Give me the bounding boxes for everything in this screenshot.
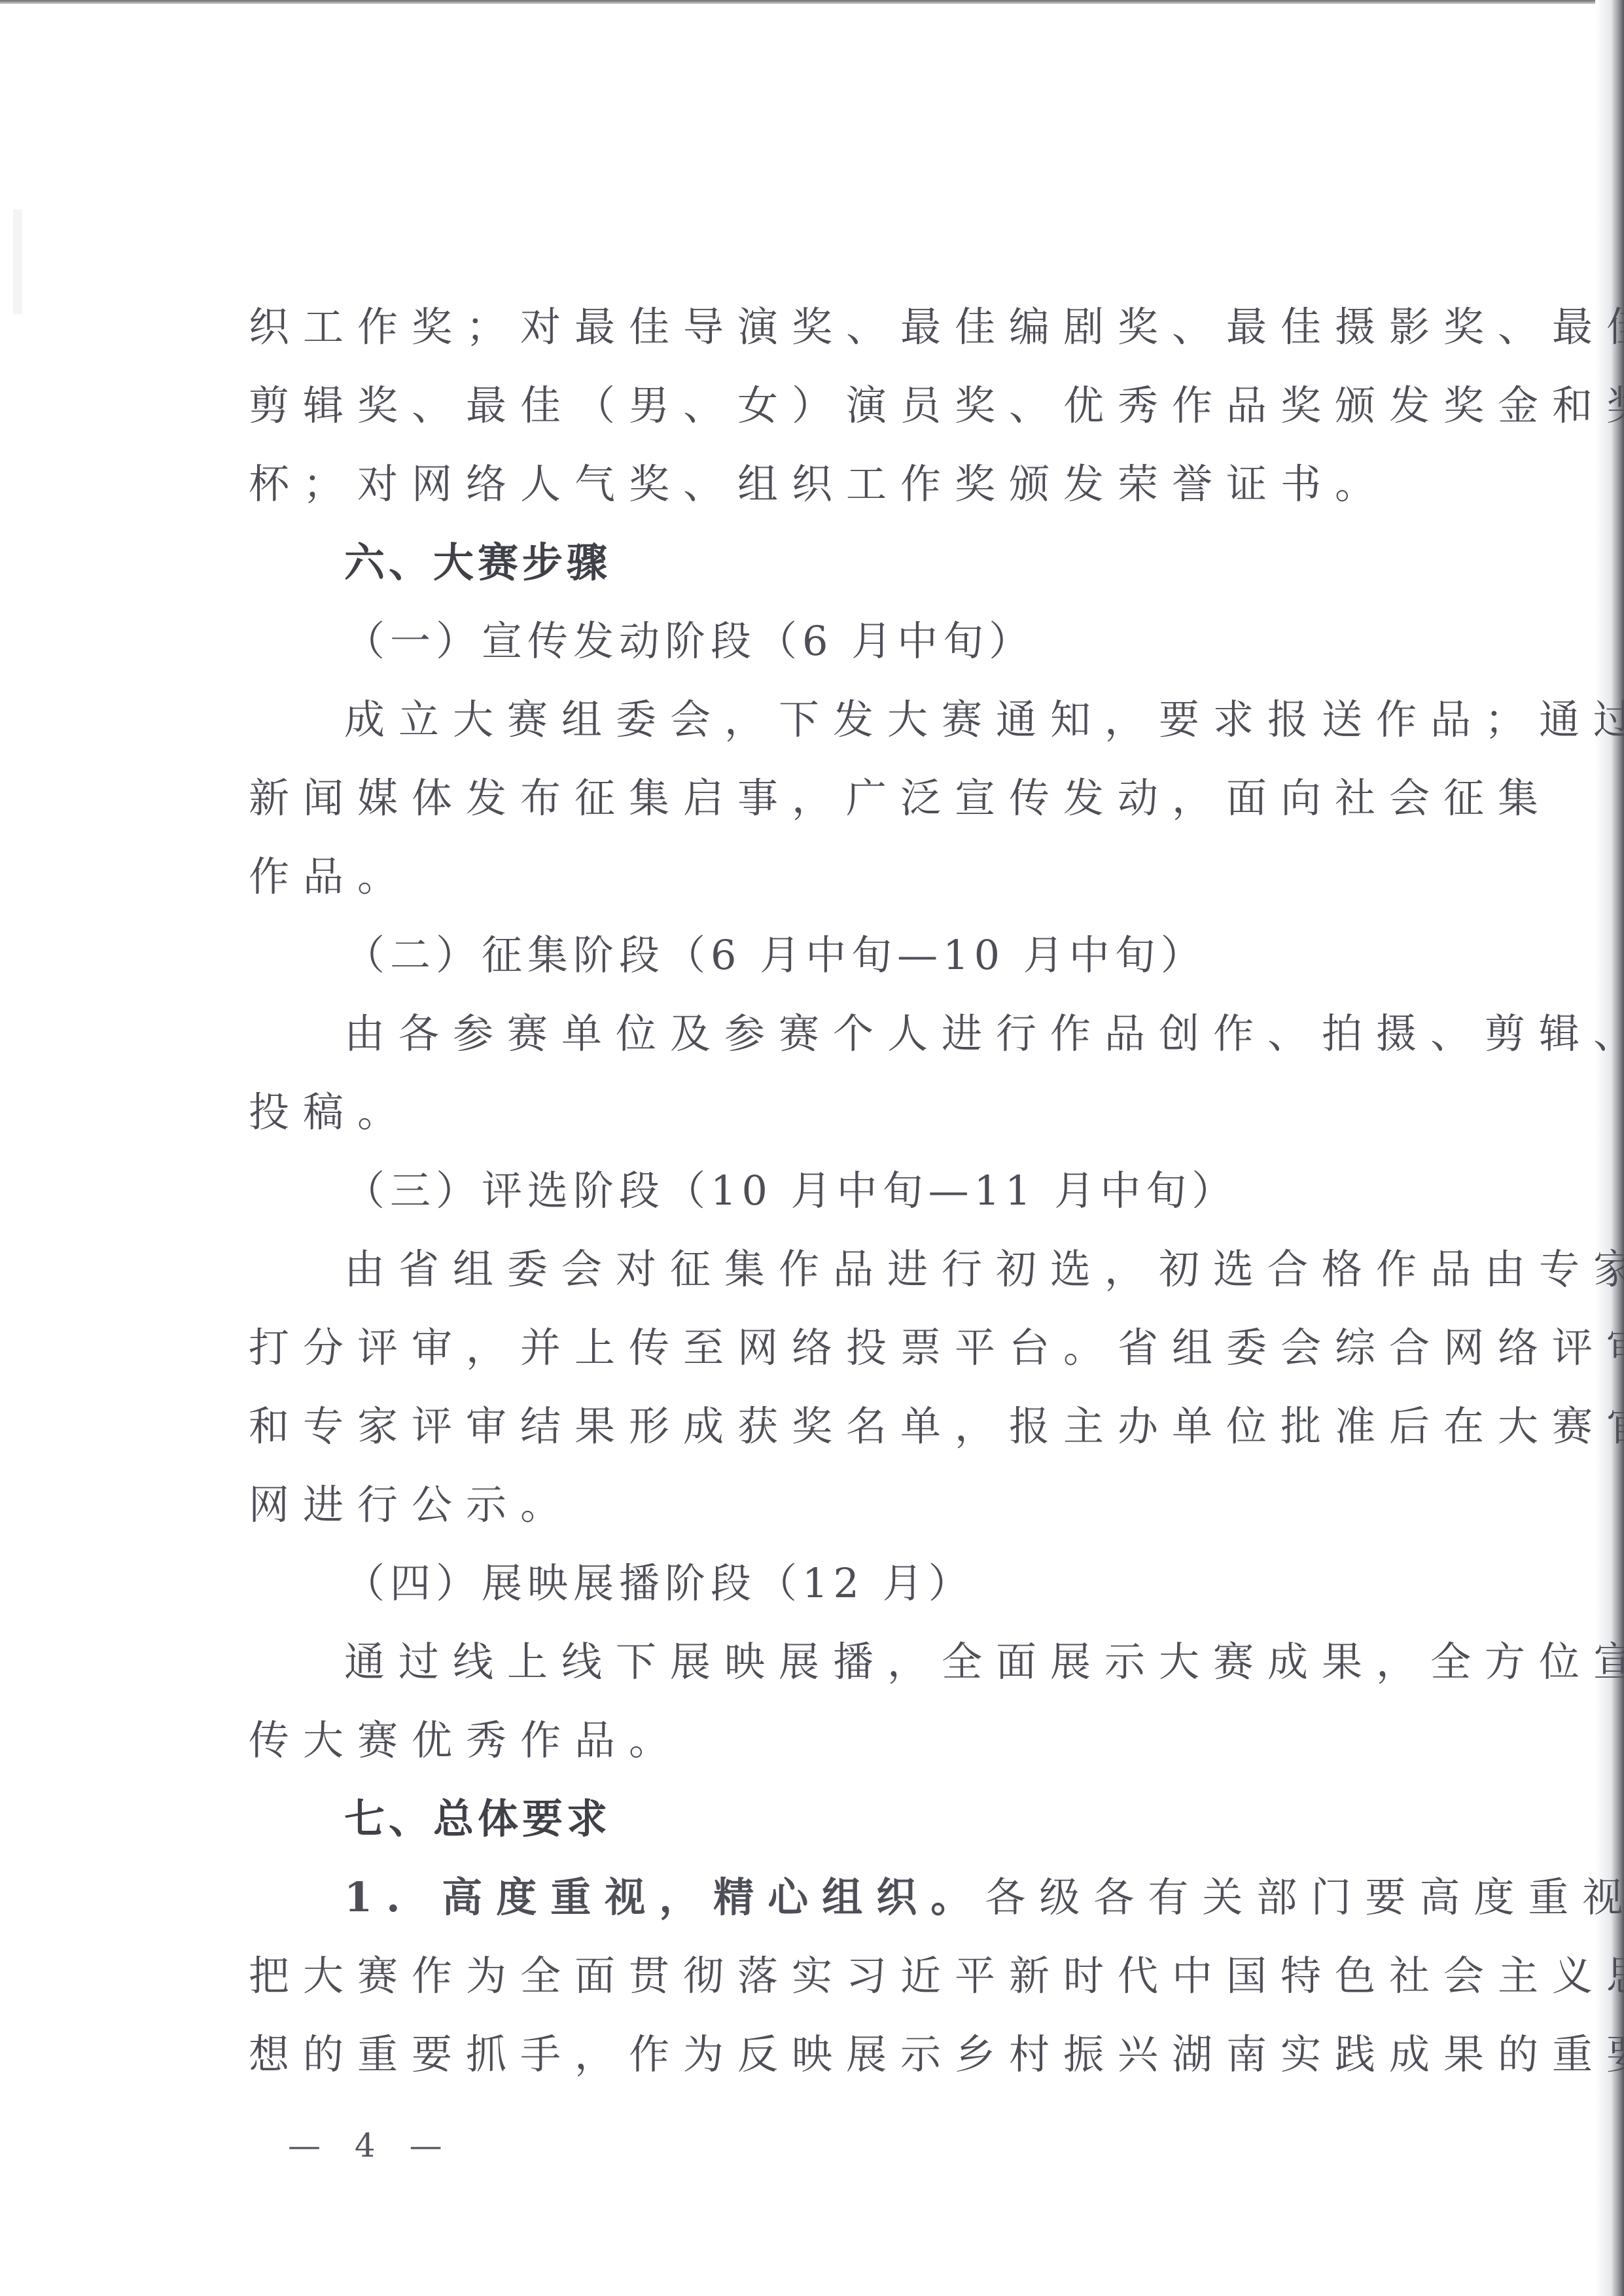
body-line: 通过线上线下展映展播，全面展示大赛成果，全方位宣 [249, 1623, 1453, 1701]
stage-title-3: （三）评选阶段（10 月中旬—11 月中旬） [249, 1152, 1453, 1230]
stage-title-4: （四）展映展播阶段（12 月） [249, 1544, 1453, 1623]
document-body: 织工作奖；对最佳导演奖、最佳编剧奖、最佳摄影奖、最佳 剪辑奖、最佳（男、女）演员… [249, 288, 1453, 2094]
body-line: 作品。 [249, 838, 1453, 916]
requirement-text: 各级各有关部门要高度重视， [985, 1873, 1624, 1921]
body-line: 新闻媒体发布征集启事，广泛宣传发动，面向社会征集 [249, 759, 1453, 838]
document-page: 织工作奖；对最佳导演奖、最佳编剧奖、最佳摄影奖、最佳 剪辑奖、最佳（男、女）演员… [0, 0, 1624, 2296]
requirement-item-1: 1. 高度重视，精心组织。各级各有关部门要高度重视， [249, 1858, 1453, 1937]
page-number: — 4 — [288, 2127, 454, 2164]
body-line: 由省组委会对征集作品进行初选，初选合格作品由专家 [249, 1230, 1453, 1309]
body-line: 织工作奖；对最佳导演奖、最佳编剧奖、最佳摄影奖、最佳 [249, 288, 1453, 366]
body-line: 杯；对网络人气奖、组织工作奖颁发荣誉证书。 [249, 445, 1453, 523]
requirement-lead: 1. 高度重视，精心组织。 [344, 1873, 985, 1921]
body-line: 剪辑奖、最佳（男、女）演员奖、优秀作品奖颁发奖金和奖 [249, 366, 1453, 445]
stage-title-1: （一）宣传发动阶段（6 月中旬） [249, 602, 1453, 680]
body-line: 由各参赛单位及参赛个人进行作品创作、拍摄、剪辑、 [249, 995, 1453, 1073]
stage-title-2: （二）征集阶段（6 月中旬—10 月中旬） [249, 916, 1453, 995]
body-line: 想的重要抓手，作为反映展示乡村振兴湖南实践成果的重要 [249, 2015, 1453, 2094]
body-line: 成立大赛组委会，下发大赛通知，要求报送作品；通过 [249, 680, 1453, 759]
body-line: 把大赛作为全面贯彻落实习近平新时代中国特色社会主义思 [249, 1937, 1453, 2015]
body-line: 和专家评审结果形成获奖名单，报主办单位批准后在大赛官 [249, 1387, 1453, 1466]
scan-artifact-left [13, 209, 22, 314]
body-line: 打分评审，并上传至网络投票平台。省组委会综合网络评审 [249, 1309, 1453, 1387]
body-line: 网进行公示。 [249, 1466, 1453, 1544]
body-line: 传大赛优秀作品。 [249, 1701, 1453, 1780]
section-heading-6: 六、大赛步骤 [249, 523, 1453, 602]
scan-edge-top [0, 0, 1624, 4]
body-line: 投稿。 [249, 1073, 1453, 1152]
section-heading-7: 七、总体要求 [249, 1780, 1453, 1858]
